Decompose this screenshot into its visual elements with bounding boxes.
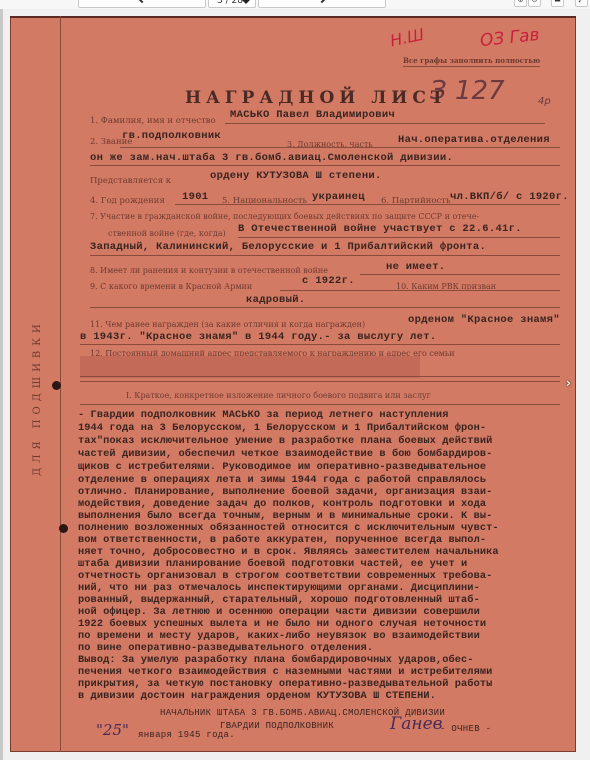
narrative-line: отделение в операциях лета и зимы 1944 г… (78, 474, 486, 486)
narrative-line: 1922 боевых успешных вылета и не было ни… (78, 618, 486, 630)
field-label-wounds: 8. Имеет ли ранения и контузии в отечест… (90, 266, 328, 275)
narrative-line: выполнения было всегда точным, верным и … (78, 510, 492, 522)
divider (225, 123, 545, 124)
signatory-rank: ГВАРДИИ ПОДПОЛКОВНИК (220, 721, 334, 731)
handwritten-note: 4р (538, 96, 551, 107)
narrative-line: рованный, выдержанный, старательный, хор… (78, 594, 480, 606)
field-value-presented: ордену КУТУЗОВА Ш степени. (210, 170, 382, 182)
page-indicator: 3 / 28 (217, 0, 243, 6)
narrative-line: печения четкого взаимодействия с наземны… (78, 666, 492, 678)
narrative-line: щиков с истребителями. Руководимое им оп… (78, 461, 486, 473)
date-day: "25" (96, 721, 129, 739)
page-select[interactable]: 3 / 28 (208, 0, 256, 8)
divider (175, 204, 560, 205)
narrative-line: полнению возложенных обязанностей относи… (78, 522, 499, 534)
narrative-line: по вине оперативно-разведывательного отд… (78, 642, 373, 654)
document-page-image: ДЛЯ ПОДШИВКИ Н.Ш ОЗ Гав З 127 4р Все гра… (10, 16, 576, 752)
narrative-conclusion: Вывод: За умелую разработку плана бомбар… (78, 654, 474, 666)
field-label-birth-year: 4. Год рождения (90, 196, 165, 206)
viewer-toolbar: 3 / 28 ⊕ ⊖ ▬ ⤢ (0, 0, 590, 9)
arrow-right-icon (318, 0, 326, 3)
field-label-prior-awards: 11. Чем ранее награжден (за какие отличи… (90, 320, 365, 329)
divider (80, 381, 560, 382)
field-value-position-cont: он же зам.нач.штаба 3 гв.бомб.авиац.Смол… (90, 152, 453, 164)
field-value-name: МАСЬКО Павел Владимирович (230, 109, 395, 121)
date-text: января 1945 года. (138, 730, 235, 740)
print-icon: ▬ (554, 0, 561, 4)
narrative-line: штаба дивизии планирование боевой подгот… (78, 558, 467, 570)
field-label-name: 1. Фамилия, имя и отчество (90, 116, 216, 126)
narrative-line: частей дивизии, обеспечил четкое взаимод… (78, 448, 492, 460)
divider (90, 165, 560, 166)
field-value-prior-awards-cont: в 1943г. "Красное знамя" в 1944 году.- з… (80, 331, 436, 343)
zoom-out-icon: ⊖ (532, 0, 538, 4)
narrative-line: 1944 года на 3 Белорусском, 1 Белорусско… (78, 422, 486, 434)
chevron-down-icon (242, 0, 250, 4)
document-title: НАГРАДНОЙ ЛИСТ (185, 88, 449, 108)
field-value-fronts: Западный, Калининский, Белорусские и 1 П… (90, 241, 486, 253)
field-value-army-since: с 1922г. (302, 275, 355, 287)
divider (120, 147, 560, 148)
narrative-line: по времени и месту ударов, каких-либо не… (78, 630, 480, 642)
narrative-line: тах"показ исключительное умение в разраб… (78, 435, 492, 447)
handwritten-signature: Ганев (390, 714, 443, 734)
narrative-line: отчетность организовал в строгом соответ… (78, 570, 492, 582)
zoom-out-button[interactable]: ⊖ (528, 0, 541, 7)
narrative-line: ной офицер. За летнюю и осеннюю операции… (78, 606, 480, 618)
field-label-presented: Представляется к (90, 176, 171, 186)
field-value-party: чл.ВКП/б/ с 1920г. (450, 191, 569, 203)
fullscreen-icon: ⤢ (579, 0, 585, 4)
next-page-button[interactable] (258, 0, 386, 8)
divider (80, 404, 560, 405)
field-value-rank: гв.подполковник (122, 130, 221, 142)
divider (280, 290, 560, 291)
fullscreen-button[interactable]: ⤢ (575, 0, 588, 7)
divider (90, 307, 560, 308)
field-value-birth-year: 1901 (182, 191, 208, 203)
zoom-in-icon: ⊕ (518, 0, 524, 4)
handwritten-note: Н.Ш (388, 25, 425, 51)
print-button[interactable]: ▬ (551, 0, 564, 7)
field-label-war-participation-cont: ственной войне (где, когда) (108, 229, 226, 238)
handwritten-note: ОЗ Гав (479, 25, 540, 51)
section-header: I. Краткое, конкретное изложение личного… (126, 391, 431, 400)
narrative-line: отлично. Планирование, выполнение боевой… (78, 486, 492, 498)
previous-page-button[interactable] (78, 0, 206, 8)
divider (80, 344, 560, 345)
narrative-line: - Гвардии подполковник МАСЬКО за период … (78, 409, 448, 421)
award-sheet: Н.Ш ОЗ Гав З 127 4р Все графы заполнить … (10, 16, 576, 752)
instruction-text: Все графы заполнить полностью (403, 56, 540, 65)
narrative-line: ний, что ни раз отмечалось инспектирующи… (78, 582, 480, 594)
narrative-line: в дивизии достоин награждения орденом КУ… (78, 690, 436, 702)
narrative-line: модействия, доведение задач до полков, к… (78, 498, 486, 510)
redacted-address (80, 356, 420, 378)
divider (90, 255, 560, 256)
field-label-army-since: 9. С какого времени в Красной Армии (90, 282, 252, 291)
field-value-wounds: не имеет. (386, 261, 445, 273)
divider (238, 237, 560, 238)
field-value-nationality: украинец (312, 191, 365, 203)
field-label-war-participation: 7. Участие в гражданской войне, последую… (90, 212, 479, 221)
narrative-line: няет точно, добросовестно и в срок. Явля… (78, 546, 499, 558)
field-value-war-participation: В Отечественной войне участвует с 22.6.4… (238, 223, 522, 235)
next-page-arrow[interactable]: › (566, 376, 576, 388)
zoom-in-button[interactable]: ⊕ (514, 0, 527, 7)
narrative-line: вом ответственности, в работе аккуратен,… (78, 534, 486, 546)
divider (403, 66, 540, 67)
narrative-line: прикрытия, за четкую постановку оператив… (78, 678, 492, 690)
divider (360, 274, 560, 275)
signatory-name: - ОЧНЕВ - (440, 724, 491, 734)
field-value-prior-awards: орденом "Красное знамя" (408, 314, 560, 326)
field-value-rvk: кадровый. (246, 294, 305, 306)
divider (80, 376, 560, 377)
viewer-left-border (0, 0, 3, 760)
field-value-position: Нач.оператива.отделения (398, 134, 550, 146)
arrow-left-icon (138, 0, 146, 3)
